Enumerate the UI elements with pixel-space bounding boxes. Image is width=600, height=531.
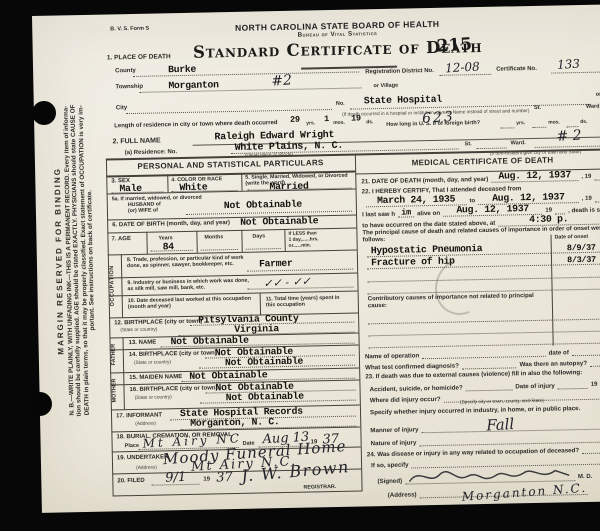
last-saw-pre-label: I last saw h [362, 211, 395, 219]
dotted-line [532, 126, 546, 128]
blank-line [552, 309, 600, 320]
filed-year-hand: 37 [216, 471, 233, 485]
dotted-line [201, 248, 238, 251]
registrar-label: REGISTRAR. [303, 484, 336, 491]
father-name-label: 13. NAME [129, 340, 157, 347]
father-birthplace-note: (State or country) [134, 360, 171, 366]
place-of-death-label: 1. PLACE OF DEATH [107, 53, 171, 62]
registration-district-label: Registration District No. [365, 68, 434, 76]
full-name-hand-number: 623 [422, 110, 455, 126]
race-value: White [179, 183, 207, 194]
blank-line [572, 345, 600, 356]
dotted-line [500, 126, 514, 128]
address-row: (Address) Morganton N.C. [387, 481, 587, 499]
birthplace-label: 12. BIRTHPLACE (city or town) [114, 319, 202, 328]
cause-row-2: Fracture of hip 8/3/37 [367, 254, 600, 269]
residence-years-value: 29 [290, 116, 300, 126]
total-time-label: 11. Total time (years) spent in this occ… [266, 295, 346, 309]
blank-line [582, 444, 600, 454]
industry-label: 9. Industry or business in which work wa… [127, 278, 253, 293]
mother-name-label: 15. MAIDEN NAME [129, 374, 182, 382]
cause2-date-value: 8/3/37 [551, 255, 600, 266]
age-less-label-3: or......min. [289, 243, 311, 249]
sex-value: Male [119, 184, 142, 195]
age-label: 7. AGE [111, 236, 131, 243]
dotted-line [551, 70, 600, 73]
residence-st-label: St. [465, 141, 472, 147]
year-print: 19 [591, 382, 598, 389]
or-label: or [596, 92, 600, 98]
ds2-label: ds. [580, 120, 587, 126]
death-time-value: 4:30 p. [498, 214, 599, 227]
header-block: NORTH CAROLINA STATE BOARD OF HEALTH Bur… [127, 17, 548, 63]
dotted-line [151, 249, 193, 252]
binding-margin: MARGIN RESERVED FOR BINDING N. B.—WRITE … [50, 20, 100, 501]
punch-hole-bottom [28, 392, 52, 416]
contributory-label: Contributory causes of importance not re… [368, 293, 540, 310]
city-no-label: No. [336, 101, 345, 107]
residence-length-label: Length of residence in city or town wher… [114, 120, 277, 130]
informant-label: 17. INFORMANT [116, 412, 162, 420]
informant-address-label: (Address) [135, 422, 156, 428]
undertaker-label: 19. UNDERTAKER [117, 454, 169, 462]
dotted-line [133, 70, 359, 77]
cell-divider [284, 229, 285, 251]
last-saw-mid-label: alive on [417, 210, 440, 218]
physician-address-label: (Address) [388, 491, 417, 499]
certificate-no-value: 133 [557, 58, 581, 71]
certificate-no-label: Certificate No. [496, 66, 537, 74]
rule-line [107, 215, 356, 221]
burial-place-label: Place [125, 443, 139, 450]
age-days-label: Days [252, 233, 265, 239]
trade-label: 8. Trade, profession, or particular kind… [127, 255, 253, 270]
physician-address-hand: Morganton N.C. [461, 482, 587, 503]
dotted-line [246, 247, 281, 250]
residence-days-value: 19 [351, 114, 361, 124]
personal-section-header: PERSONAL AND STATISTICAL PARTICULARS [106, 158, 355, 172]
blank-line [590, 356, 600, 366]
blank-line [552, 333, 600, 344]
full-name-label: 2. FULL NAME [112, 137, 160, 146]
yrs2-label: yrs. [516, 121, 525, 127]
last-worked-label: 10. Date deceased last worked at this oc… [128, 296, 254, 311]
cell-divider [122, 337, 124, 409]
filed-year-print: 19 [203, 477, 210, 484]
residence-label: (a) Residence: No. [125, 149, 177, 157]
dob-label: 6. DATE OF BIRTH (month, day, and year) [112, 220, 230, 229]
filed-label: 20. FILED [117, 478, 144, 485]
last-saw-hand-value: im [398, 208, 414, 218]
mother-birthplace-note: (State or country) [135, 395, 172, 401]
age-years-value: 84 [163, 242, 174, 253]
dotted-line [439, 73, 491, 76]
blank-line [551, 279, 600, 290]
residence-ward-hand: # 2 [556, 129, 582, 144]
blank-line [551, 267, 600, 278]
date-of-onset-label: Date of onset [554, 234, 588, 241]
ds-label: ds. [366, 120, 373, 126]
dob-value: Not Obtainable [240, 216, 318, 228]
dotted-line [126, 108, 332, 114]
test-label: What test confirmed diagnosis? [365, 362, 459, 371]
street-label: St. [534, 105, 541, 111]
or-village-label: or Village [373, 83, 398, 90]
father-side-label: FATHER [110, 337, 122, 372]
father-birthplace-label: 14. BIRTHPLACE (city or town) [129, 350, 217, 359]
where-injury-note: (Specify city or town, county, and State… [460, 399, 544, 406]
nature-injury-label: Nature of injury [371, 439, 417, 447]
cell-divider [241, 173, 242, 191]
cause1-date-value: 8/9/37 [551, 243, 600, 254]
divider-line [106, 159, 114, 497]
operation-label: Name of operation [365, 352, 419, 360]
stamp-number: 215 [436, 34, 473, 57]
mother-birthplace-label: 16. BIRTHPLACE (city or town) [129, 385, 217, 394]
spouse-label-3: (or) WIFE of [128, 208, 158, 215]
autopsy-label: Was there an autopsy? [520, 360, 588, 368]
yrs-label: yrs. [306, 121, 315, 127]
mother-side-label: MOTHER [111, 372, 123, 409]
year-print: , 19 [581, 174, 591, 181]
age-months-label: Months [204, 234, 223, 240]
cell-divider [146, 232, 147, 254]
age-less-label-2: 1 day,......hrs. [289, 237, 319, 243]
manner-injury-row: Manner of injury Fall [370, 413, 600, 434]
dotted-line [535, 144, 600, 148]
cell-divider [121, 254, 123, 317]
township-hand-value: #2 [271, 73, 292, 88]
cell-divider [241, 230, 242, 252]
birthplace-state-note: (State or country) [120, 328, 157, 334]
date-of-death-label: 21. DATE OF DEATH (month, day, and year) [361, 176, 488, 186]
cell-divider [167, 174, 168, 192]
blank-line [462, 358, 517, 369]
residence-ward-label: Ward. [511, 140, 526, 147]
date-of-label: date of [549, 349, 569, 357]
blank-line [595, 192, 600, 202]
death-certificate-document: MARGIN RESERVED FOR BINDING N. B.—WRITE … [32, 4, 600, 513]
divider-line [355, 154, 363, 492]
photo-background: MARGIN RESERVED FOR BINDING N. B.—WRITE … [0, 0, 600, 531]
dotted-line [200, 399, 356, 404]
residence-months-value: 1 [324, 115, 329, 124]
blank-line [552, 321, 600, 332]
manner-injury-label: Manner of injury [370, 426, 418, 434]
rule-line [113, 490, 362, 496]
mos2-label: mos. [548, 120, 560, 126]
blank-line [466, 380, 513, 391]
cell-divider [196, 231, 197, 253]
cause1-value: Hypostatic Pneumonia [371, 244, 483, 257]
dotted-line [477, 146, 507, 149]
year-print: , 19 [582, 196, 592, 203]
medical-section-header: MEDICAL CERTIFICATE OF DEATH [355, 154, 600, 168]
dotted-line [151, 483, 199, 486]
blank-line [594, 170, 600, 180]
occupation-side-label: OCCUPATION [109, 254, 121, 317]
cell-divider [260, 292, 261, 314]
manner-injury-hand: Fall [486, 417, 515, 434]
mos-label: mos. [333, 121, 345, 127]
ward-label: Ward [586, 104, 600, 111]
injury-date-label: Date of injury [515, 382, 555, 390]
blank-line [558, 379, 588, 390]
where-injury-label: Where did injury occur? [370, 396, 441, 405]
undertaker-address-label: (Address) [136, 466, 157, 472]
punch-hole-top [32, 101, 56, 125]
date-of-death-value: Aug. 12, 1937 [491, 170, 578, 183]
